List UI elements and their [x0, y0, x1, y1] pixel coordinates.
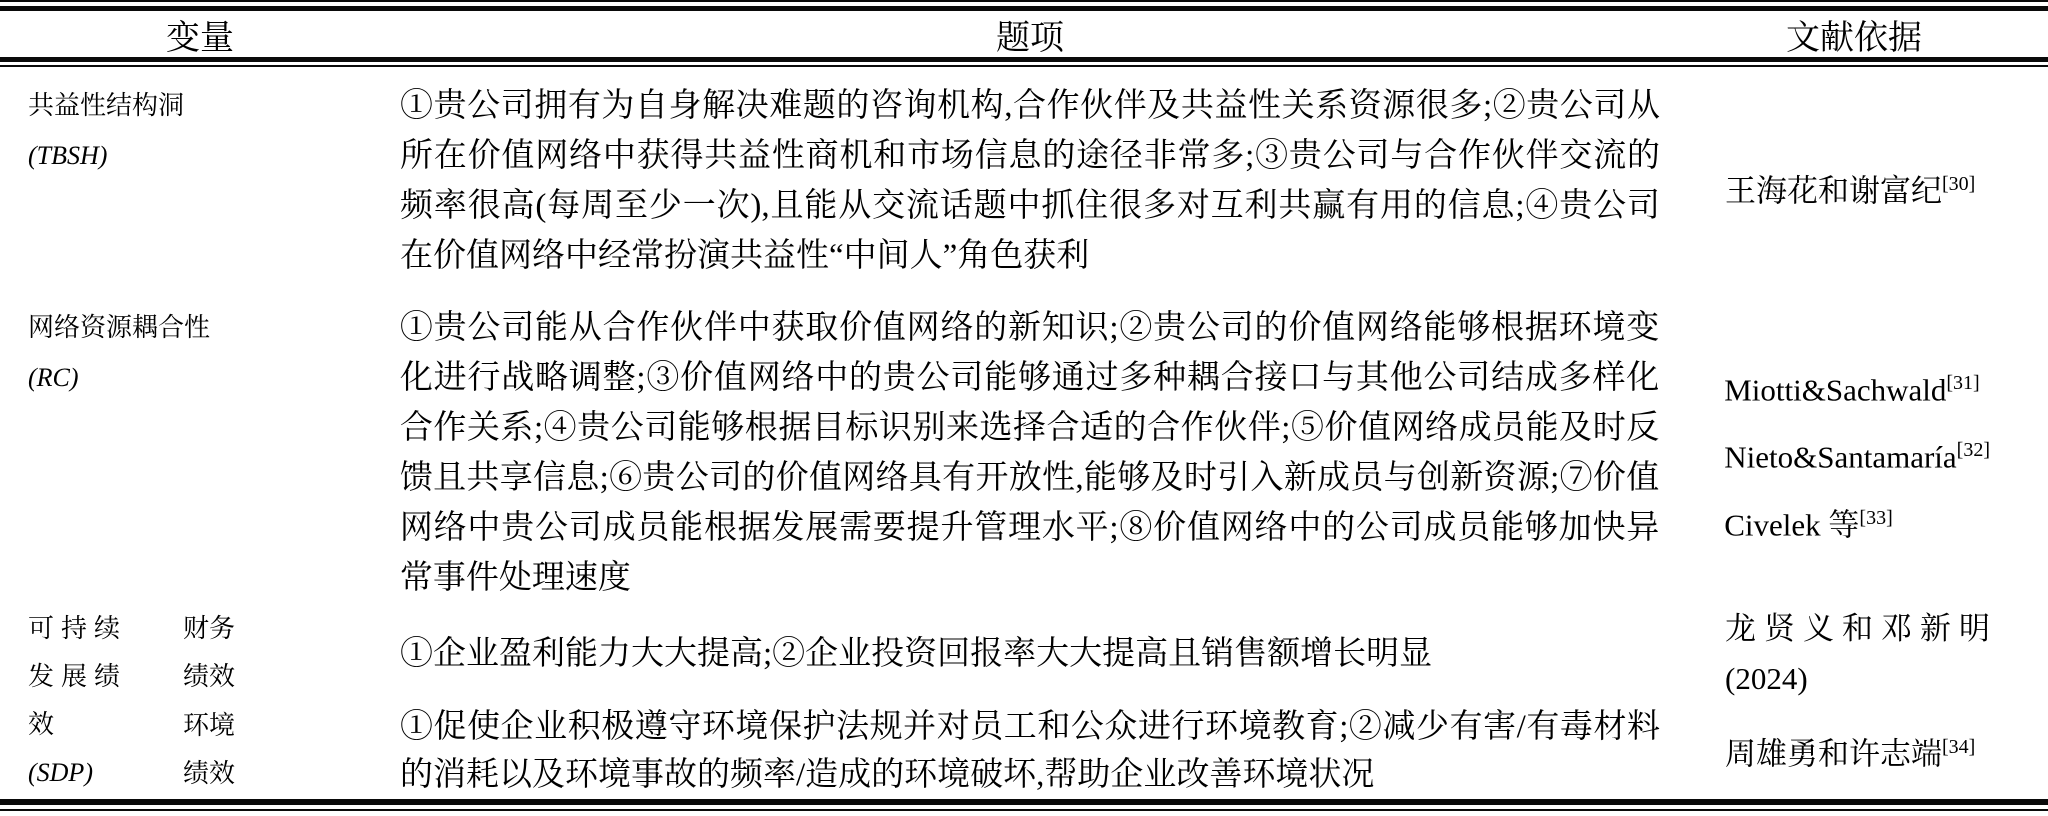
column-header-items: 题项: [400, 10, 1660, 59]
reference-cell: 王海花和谢富纪[30]: [1660, 81, 2048, 295]
sub-variable-cell: 环境绩效: [180, 702, 400, 799]
table-row-rc: 网络资源耦合性 (RC) ①贵公司能从合作伙伴中获取价值网络的新知识;②贵公司的…: [0, 295, 2048, 605]
variable-abbr: (SDP): [28, 749, 180, 797]
items-cell: ①促使企业积极遵守环境保护法规并对员工和公众进行环境教育;②减少有害/有毒材料的…: [400, 702, 1660, 799]
items-text: ①促使企业积极遵守环境保护法规并对员工和公众进行环境教育;②减少有害/有毒材料的…: [400, 703, 1660, 799]
reference-entry: Miotti&Sachwald[31]: [1724, 353, 1990, 420]
variable-name: 可持续发展绩效: [28, 605, 120, 749]
variable-cell: 共益性结构洞 (TBSH): [0, 81, 400, 181]
reference-superscript: [33]: [1859, 507, 1892, 529]
variable-cell: 可持续发展绩效 (SDP): [0, 605, 180, 799]
sub-variable-label: 环境绩效: [183, 702, 253, 798]
table-row-tbsh: 共益性结构洞 (TBSH) ①贵公司拥有为自身解决难题的咨询机构,合作伙伴及共益…: [0, 67, 2048, 295]
reference-superscript: [32]: [1957, 439, 1990, 461]
reference-superscript: [30]: [1942, 173, 1975, 195]
reference-entry: 周雄勇和许志端[34]: [1725, 722, 1990, 779]
sub-variable-cell: 财务绩效: [180, 605, 400, 702]
table-row-sdp: 可持续发展绩效 (SDP) 财务绩效 ①企业盈利能力大大提高;②企业投资回报率大…: [0, 605, 2048, 799]
column-header-variable: 变量: [0, 10, 400, 59]
reference-cell: Miotti&Sachwald[31] Nieto&Santamaría[32]…: [1659, 303, 2048, 605]
items-cell: ①贵公司能从合作伙伴中获取价值网络的新知识;②贵公司的价值网络能够根据环境变化进…: [400, 303, 1659, 603]
sub-row-environmental: 环境绩效 ①促使企业积极遵守环境保护法规并对员工和公众进行环境教育;②减少有害/…: [180, 702, 2048, 799]
items-text: ①企业盈利能力大大提高;②企业投资回报率大大提高且销售额增长明显: [400, 630, 1660, 678]
reference-entry: 王海花和谢富纪[30]: [1725, 159, 1990, 216]
reference-superscript: [31]: [1946, 372, 1979, 394]
reference-text: Miotti&Sachwald: [1724, 372, 1946, 407]
items-cell: ①贵公司拥有为自身解决难题的咨询机构,合作伙伴及共益性关系资源很多;②贵公司从所…: [400, 81, 1660, 281]
table-bottom-rule: [0, 799, 2048, 811]
reference-text: Nieto&Santamaría: [1724, 440, 1956, 475]
column-header-reference: 文献依据: [1660, 10, 2048, 59]
reference-entry: 龙贤义和邓新明: [1725, 604, 1990, 654]
variable-name: 网络资源耦合性: [28, 303, 400, 353]
sdp-sub-rows: 财务绩效 ①企业盈利能力大大提高;②企业投资回报率大大提高且销售额增长明显 龙贤…: [180, 605, 2048, 799]
sub-row-financial: 财务绩效 ①企业盈利能力大大提高;②企业投资回报率大大提高且销售额增长明显 龙贤…: [180, 605, 2048, 702]
table-header-row: 变量 题项 文献依据: [0, 11, 2048, 57]
reference-entry: Civelek 等[33]: [1724, 488, 1990, 555]
reference-superscript: [34]: [1942, 736, 1975, 758]
items-cell: ①企业盈利能力大大提高;②企业投资回报率大大提高且销售额增长明显: [400, 605, 1660, 702]
reference-year: (2024): [1725, 654, 1990, 704]
variable-cell: 网络资源耦合性 (RC): [0, 303, 400, 403]
reference-text: 王海花和谢富纪: [1725, 174, 1942, 209]
variable-abbr: (RC): [28, 353, 400, 403]
sub-variable-label: 财务绩效: [183, 605, 253, 701]
variable-abbr: (TBSH): [28, 131, 400, 181]
survey-items-table: 变量 题项 文献依据 共益性结构洞 (TBSH) ①贵公司拥有为自身解决难题的咨…: [0, 0, 2048, 816]
variable-name: 共益性结构洞: [28, 81, 400, 131]
reference-text: 周雄勇和许志端: [1725, 736, 1942, 771]
reference-text: Civelek 等: [1724, 507, 1859, 542]
header-separator-rule: [0, 57, 2048, 67]
reference-cell: 周雄勇和许志端[34]: [1660, 702, 2048, 799]
reference-cell: 龙贤义和邓新明 (2024): [1660, 605, 2048, 702]
reference-entry: Nieto&Santamaría[32]: [1724, 420, 1990, 487]
